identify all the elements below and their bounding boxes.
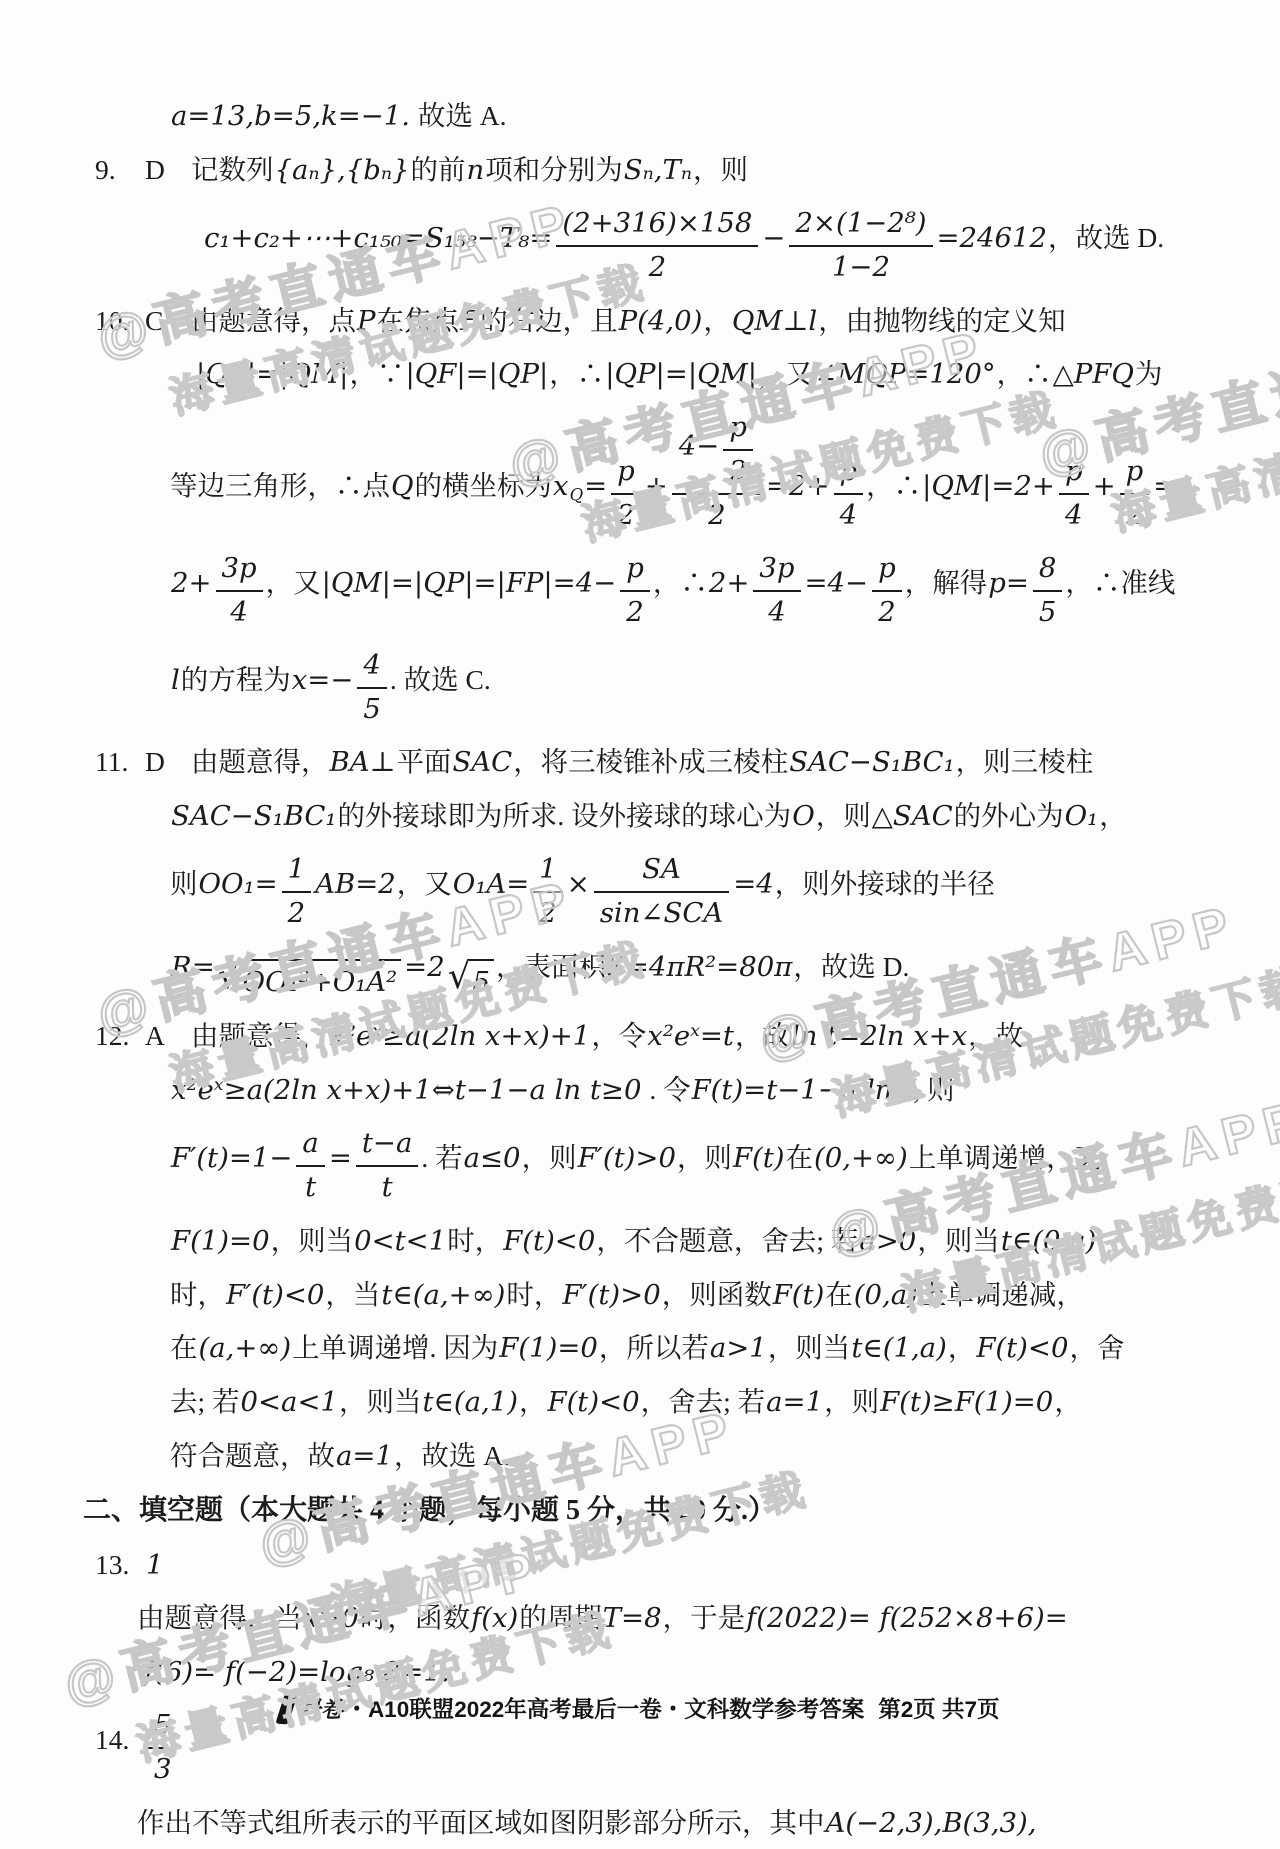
text-fragment: ，将三棱锥补成三棱柱 xyxy=(513,746,788,777)
footer-title: ・A10联盟2022年高考最后一卷・文科数学参考答案 xyxy=(345,1697,864,1722)
text-line: R=√OO₁²+O₁A²=2√5，表面积S=4πR²=80π，故选 D. xyxy=(170,947,1225,1003)
formula-fragment: F xyxy=(459,305,480,337)
fraction-numerator: a xyxy=(296,1124,324,1167)
brand-name: 号卷 xyxy=(298,1697,343,1722)
formula-fragment: AB=2 xyxy=(314,868,397,900)
fraction: 12 xyxy=(533,850,563,934)
formula-fragment: = xyxy=(328,1142,353,1174)
text-fragment: ， xyxy=(948,1332,976,1363)
formula-fragment: − xyxy=(761,222,786,254)
formula-fragment: x=− xyxy=(291,664,355,696)
formula-fragment: O₁A= xyxy=(452,868,530,900)
text-fragment: 符合题意，故 xyxy=(170,1440,335,1471)
formula-fragment: a=1 xyxy=(765,1386,824,1418)
fraction-numerator: p xyxy=(723,408,753,451)
text-fragment: ，于是 xyxy=(663,1602,746,1633)
formula-fragment: = xyxy=(1152,470,1177,502)
text-fragment: ，当 xyxy=(325,1279,380,1310)
fraction: p2 xyxy=(620,549,650,633)
text-fragment: ，舍去; 若 xyxy=(641,1386,766,1417)
formula-fragment: t∈(a,1) xyxy=(422,1386,520,1418)
answer-lines: a=13,b=5,k=−1. 故选 A.9.D记数列{aₙ},{bₙ}的前n项和… xyxy=(95,96,1225,1849)
text-fragment: 二、填空题（本大题共 4 小题，每小题 5 分，共 20 分.） xyxy=(83,1495,776,1526)
formula-fragment: F′(t)=1− xyxy=(170,1142,293,1174)
text-line: 符合题意，故a=1，故选 A. xyxy=(170,1436,1225,1477)
text-fragment: ，则三棱柱 xyxy=(956,746,1094,777)
fraction: 2×(1−2⁸)1−2 xyxy=(789,204,932,288)
formula-fragment: Sₙ,Tₙ xyxy=(623,154,693,186)
fraction-denominator: 2 xyxy=(1120,495,1150,536)
formula-fragment: x²eˣ≥a(2ln x+x)+1 xyxy=(329,1020,592,1052)
text-fragment: ，则 xyxy=(816,800,871,831)
fraction-denominator: 2 xyxy=(533,893,563,934)
text-fragment: 则 xyxy=(170,868,198,899)
formula-fragment: t∈(a,+∞) xyxy=(380,1279,506,1311)
text-fragment: ，∴准线 xyxy=(1065,567,1175,598)
fraction: 4−p22 xyxy=(672,408,762,536)
formula-fragment: a>1 xyxy=(709,1332,768,1364)
formula-fragment: 2+ xyxy=(708,567,751,599)
formula-fragment: f(6)= f(−2)=log₈ 8=1. xyxy=(143,1656,451,1688)
fraction-denominator: 4 xyxy=(1059,495,1089,536)
fraction-denominator: 5 xyxy=(1033,592,1063,633)
text-fragment: . 故选 C. xyxy=(390,664,491,695)
fraction-numerator: p xyxy=(872,549,902,592)
formula-fragment: a=1 xyxy=(335,1440,394,1472)
formula-fragment: =2+ xyxy=(765,470,831,502)
formula-fragment: |QP|=|QM| xyxy=(604,358,758,390)
text-fragment: ，故选 D. xyxy=(1048,222,1164,253)
answer-letter: C xyxy=(145,301,177,341)
fraction: 3p4 xyxy=(753,549,800,633)
text-fragment: 去; 若 xyxy=(170,1386,240,1417)
formula-fragment: P(4,0) xyxy=(618,305,704,337)
formula-fragment: ∠MQP=120° xyxy=(813,358,997,390)
formula-fragment: O xyxy=(791,800,816,832)
formula-fragment: (0,+∞) xyxy=(813,1142,909,1174)
formula-fragment: F(t) xyxy=(732,1142,786,1174)
text-fragment: ，故 xyxy=(968,1020,1023,1051)
text-fragment: 在焦点 xyxy=(377,305,460,336)
fraction-denominator: 1−2 xyxy=(789,247,932,288)
formula-fragment: {aₙ},{bₙ} xyxy=(274,154,411,186)
text-fragment: 时， xyxy=(170,1279,225,1310)
question-number: 13. xyxy=(95,1545,145,1585)
formula-fragment: F(1)=0 xyxy=(170,1225,271,1257)
text-line: 去; 若0<a<1，则当t∈(a,1)，F(t)<0，舍去; 若a=1，则F(t… xyxy=(170,1382,1225,1423)
text-fragment: 由题意得， xyxy=(191,1020,329,1051)
formula-fragment: × xyxy=(566,868,591,900)
text-line: c₁+c₂+⋯+c₁₅₀=S₁₅₈−T₈=(2+316)×1582−2×(1−2… xyxy=(203,204,1225,288)
fraction-numerator: 4−p2 xyxy=(672,408,762,495)
text-fragment: ，则当 xyxy=(271,1225,354,1256)
text-fragment: ，∴ xyxy=(653,567,708,598)
text-fragment: ， xyxy=(519,1386,547,1417)
text-fragment: 的外心为 xyxy=(954,800,1064,831)
text-fragment: 在 xyxy=(825,1279,853,1310)
fraction-numerator: 3p xyxy=(753,549,800,592)
formula-fragment: 1 xyxy=(145,1549,165,1581)
page-indicator: 第2页 共7页 xyxy=(878,1697,999,1722)
text-fragment: 的前 xyxy=(411,154,466,185)
radical-sign: √ xyxy=(218,959,241,995)
formula-fragment: = xyxy=(583,470,608,502)
fraction-denominator: 5 xyxy=(357,689,387,730)
question-number: 11. xyxy=(95,742,145,782)
fraction: 85 xyxy=(1033,549,1063,633)
fraction-denominator: 2 xyxy=(611,495,641,536)
formula-fragment: F(t)≥F(1)=0 xyxy=(879,1386,1054,1418)
text-fragment: ，故选 A. xyxy=(394,1440,510,1471)
fraction: at xyxy=(296,1124,324,1208)
formula-fragment: =2 xyxy=(403,951,446,983)
formula-fragment: x xyxy=(552,470,570,502)
fraction-numerator: p xyxy=(834,452,864,495)
text-fragment: ，令 xyxy=(591,1020,646,1051)
text-fragment: 作出不等式组所表示的平面区域如图阴影部分所示，其中 xyxy=(137,1807,825,1838)
text-fragment: 记数列 xyxy=(191,154,274,185)
text-fragment: 上单调递增，又 xyxy=(909,1142,1102,1173)
formula-fragment: F(t)<0 xyxy=(502,1225,596,1257)
formula-fragment: t∈(0,a) xyxy=(1000,1225,1098,1257)
text-fragment: ， xyxy=(1054,1386,1082,1417)
text-fragment: 由题意得，当 xyxy=(137,1602,302,1633)
text-fragment: ，又 xyxy=(397,868,452,899)
formula-fragment: 2+ xyxy=(170,567,213,599)
text-line: f(6)= f(−2)=log₈ 8=1. xyxy=(143,1652,1225,1693)
text-fragment: 上单调递减， xyxy=(919,1279,1084,1310)
fraction: p2 xyxy=(611,452,641,536)
page-footer: 号卷・A10联盟2022年高考最后一卷・文科数学参考答案第2页 共7页 xyxy=(0,1692,1280,1724)
fraction: t−at xyxy=(356,1124,419,1208)
text-line: 13.1 xyxy=(95,1545,1225,1586)
text-line: 二、填空题（本大题共 4 小题，每小题 5 分，共 20 分.） xyxy=(83,1490,1225,1532)
text-fragment: 平面 xyxy=(396,746,451,777)
fraction-numerator: p xyxy=(1059,452,1089,495)
fraction: (2+316)×1582 xyxy=(556,204,758,288)
formula-fragment: a=13,b=5,k=−1. xyxy=(170,100,411,132)
text-fragment: 在 xyxy=(170,1332,198,1363)
radicand: OO₁²+O₁A² xyxy=(239,959,402,1003)
fraction-denominator: 2 xyxy=(282,893,312,934)
fraction-numerator: 3p xyxy=(216,549,263,592)
text-fragment: ，由抛物线的定义知 xyxy=(818,305,1066,336)
answer-letter: D xyxy=(145,742,177,782)
text-line: 等边三角形，∴点Q的横坐标为xQ=p2+4−p22=2+p4，∴|QM|=2+p… xyxy=(170,408,1225,536)
text-fragment: 的外接球即为所求. 设外接球的球心为 xyxy=(337,800,791,831)
fraction-numerator: 4 xyxy=(357,646,387,689)
text-fragment: ，则 xyxy=(693,154,748,185)
formula-fragment: (a,+∞) xyxy=(198,1332,293,1364)
text-fragment: . 令 xyxy=(642,1074,690,1105)
formula-fragment: =24612 xyxy=(936,222,1049,254)
text-fragment: 项和分别为 xyxy=(485,154,623,185)
fraction-numerator: p xyxy=(620,549,650,592)
fraction-numerator: SA xyxy=(594,850,729,893)
formula-fragment: + xyxy=(644,470,669,502)
fraction: p2 xyxy=(723,408,753,492)
fraction-numerator: t−a xyxy=(356,1124,419,1167)
fraction-denominator: 2 xyxy=(556,247,758,288)
fraction-denominator: 2 xyxy=(872,592,902,633)
formula-fragment: F(t)<0 xyxy=(975,1332,1069,1364)
formula-fragment: SAC−S₁BC₁ xyxy=(788,746,955,778)
text-fragment: 的周期 xyxy=(519,1602,602,1633)
formula-fragment: SAC xyxy=(451,746,513,778)
formula-fragment: c₁+c₂+⋯+c₁₅₀=S₁₅₈−T₈= xyxy=(203,222,553,254)
text-fragment: 等边三角形，∴点 xyxy=(170,470,390,501)
fraction-denominator: 4 xyxy=(834,495,864,536)
fraction: p4 xyxy=(1059,452,1089,536)
text-fragment: 的横坐标为 xyxy=(415,470,553,501)
formula-fragment: O₁ xyxy=(1064,800,1100,832)
formula-fragment: T=8 xyxy=(602,1602,663,1634)
text-line: 11.D由题意得，BA⊥平面SAC，将三棱锥补成三棱柱SAC−S₁BC₁，则三棱… xyxy=(95,742,1225,783)
formula-fragment: F(t)=t−1−a ln t xyxy=(691,1074,914,1106)
formula-fragment: 0<t<1 xyxy=(353,1225,447,1257)
text-line: 12.A由题意得，x²eˣ≥a(2ln x+x)+1，令x²eˣ=t，故ln t… xyxy=(95,1016,1225,1057)
formula-fragment: R= xyxy=(170,951,216,983)
formula-fragment: OO₁= xyxy=(198,868,279,900)
formula-fragment: F(1)=0 xyxy=(498,1332,599,1364)
fraction-denominator: 3 xyxy=(148,1749,178,1790)
brand-logo-icon xyxy=(276,1694,298,1725)
text-fragment: ，又 xyxy=(758,358,813,389)
text-line: 2+3p4，又|QM|=|QP|=|FP|=4−p2，∴2+3p4=4−p2，解… xyxy=(170,549,1225,633)
answer-letter: D xyxy=(145,150,177,190)
text-line: l的方程为x=−45. 故选 C. xyxy=(170,646,1225,730)
fraction: 45 xyxy=(357,646,387,730)
question-number: 10. xyxy=(95,301,145,341)
text-fragment: ，则当 xyxy=(768,1332,851,1363)
formula-fragment: |QF|=|QM| xyxy=(195,358,349,390)
text-fragment: ， xyxy=(703,305,731,336)
formula-fragment: |QF|=|QP| xyxy=(404,358,549,390)
text-fragment: ，表面积 xyxy=(496,951,606,982)
formula-fragment: (0,a) xyxy=(853,1279,919,1311)
formula-fragment: |QM|=2+ xyxy=(921,470,1056,502)
formula-fragment: Q xyxy=(390,470,415,502)
formula-fragment: ln t=2ln x+x xyxy=(790,1020,968,1052)
fraction-numerator: 1 xyxy=(282,850,312,893)
text-line: 在(a,+∞)上单调递增. 因为F(1)=0，所以若a>1，则当t∈(1,a)，… xyxy=(170,1328,1225,1369)
text-line: 由题意得，当x>0时，函数f(x)的周期T=8，于是f(2022)= f(252… xyxy=(137,1598,1225,1639)
text-fragment: , 则 xyxy=(913,1074,954,1105)
formula-fragment: a≤0 xyxy=(463,1142,522,1174)
formula-fragment: △SAC xyxy=(871,800,954,832)
formula-fragment: f(x) xyxy=(470,1602,519,1634)
text-line: a=13,b=5,k=−1. 故选 A. xyxy=(170,96,1225,137)
fraction-denominator: 2 xyxy=(672,495,762,536)
fraction-numerator: 2×(1−2⁸) xyxy=(789,204,932,247)
formula-fragment: l xyxy=(170,664,181,696)
text-fragment: ，解得 xyxy=(905,567,988,598)
text-fragment: . 若 xyxy=(421,1142,462,1173)
formula-fragment: x²eˣ=t xyxy=(646,1020,735,1052)
formula-fragment: |QM|=|QP|=|FP|=4− xyxy=(321,567,618,599)
fraction-denominator: 2 xyxy=(723,451,753,492)
formula-fragment: p= xyxy=(987,567,1030,599)
formula-fragment: F′(t)>0 xyxy=(561,1279,661,1311)
text-fragment: 时， xyxy=(506,1279,561,1310)
text-line: SAC−S₁BC₁的外接球即为所求. 设外接球的球心为O，则△SAC的外心为O₁… xyxy=(170,796,1225,837)
formula-fragment: =4 xyxy=(732,868,775,900)
text-fragment: 由题意得，点 xyxy=(191,305,356,336)
formula-fragment: SAC−S₁BC₁ xyxy=(170,800,337,832)
fraction-denominator: 4 xyxy=(216,592,263,633)
text-fragment: ，则当 xyxy=(917,1225,1000,1256)
fraction-denominator: sin∠SCA xyxy=(594,893,729,934)
formula-fragment: F(t)<0 xyxy=(547,1386,641,1418)
text-fragment: 时，函数 xyxy=(360,1602,470,1633)
formula-fragment: F′(t)<0 xyxy=(225,1279,325,1311)
fraction-numerator: (2+316)×158 xyxy=(556,204,758,247)
formula-fragment: QM⊥l xyxy=(731,305,818,337)
text-fragment: ，不合题意，舍去; 若 xyxy=(596,1225,858,1256)
text-line: 10.C由题意得，点P在焦点F的右边，且P(4,0)，QM⊥l，由抛物线的定义知 xyxy=(95,301,1225,342)
fraction-numerator: p xyxy=(1120,452,1150,495)
formula-fragment: a>0 xyxy=(858,1225,917,1257)
question-number: 12. xyxy=(95,1016,145,1056)
text-fragment: ，则 xyxy=(677,1142,732,1173)
formula-fragment: BA⊥ xyxy=(329,746,397,778)
text-line: |QF|=|QM|，∵|QF|=|QP|，∴|QP|=|QM|，又∠MQP=12… xyxy=(195,354,1225,395)
text-line: 则OO₁=12AB=2，又O₁A=12×SAsin∠SCA=4，则外接球的半径 xyxy=(170,850,1225,934)
formula-fragment: n xyxy=(466,154,486,186)
text-fragment: ，则外接球的半径 xyxy=(775,868,995,899)
formula-fragment: F′(t)>0 xyxy=(577,1142,677,1174)
fraction: p2 xyxy=(872,549,902,633)
square-root: √5 xyxy=(448,959,494,1003)
text-fragment: 时， xyxy=(447,1225,502,1256)
fraction-numerator: p xyxy=(611,452,641,495)
text-fragment: ，∴ xyxy=(866,470,921,501)
formula-fragment: △PFQ xyxy=(1052,358,1135,390)
text-fragment: ，∴ xyxy=(997,358,1052,389)
question-number: 14. xyxy=(95,1720,145,1760)
formula-fragment: t∈(1,a) xyxy=(850,1332,948,1364)
text-line: F(1)=0，则当0<t<1时，F(t)<0，不合题意，舍去; 若a>0，则当t… xyxy=(170,1221,1225,1262)
fraction-denominator: t xyxy=(296,1167,324,1208)
formula-fragment: P xyxy=(356,305,377,337)
text-fragment: ，则函数 xyxy=(662,1279,772,1310)
formula-fragment: x>0 xyxy=(302,1602,360,1634)
formula-fragment: f(2022)= f(252×8+6)= xyxy=(745,1602,1069,1634)
fraction-denominator: 2 xyxy=(620,592,650,633)
text-fragment: ，则当 xyxy=(339,1386,422,1417)
formula-fragment: =4− xyxy=(804,567,870,599)
text-fragment: ，故选 D. xyxy=(793,951,909,982)
exam-answer-page: a=13,b=5,k=−1. 故选 A.9.D记数列{aₙ},{bₙ}的前n项和… xyxy=(0,0,1280,1849)
text-line: 时，F′(t)<0，当t∈(a,+∞)时，F′(t)>0，则函数F(t)在(0,… xyxy=(170,1275,1225,1316)
text-line: x²eˣ≥a(2ln x+x)+1⇔t−1−a ln t≥0 . 令F(t)=t… xyxy=(170,1070,1225,1111)
fraction-denominator: 4 xyxy=(753,592,800,633)
square-root: √OO₁²+O₁A² xyxy=(218,959,401,1003)
text-fragment: ，则 xyxy=(522,1142,577,1173)
formula-fragment: 0<a<1 xyxy=(240,1386,339,1418)
radical-sign: √ xyxy=(448,959,471,995)
formula-fragment: F(t) xyxy=(772,1279,826,1311)
formula-fragment: A(−2,3),B(3,3), xyxy=(825,1807,1038,1839)
fraction: p4 xyxy=(834,452,864,536)
text-fragment: 故选 A. xyxy=(411,100,507,131)
text-fragment: ， xyxy=(1099,800,1127,831)
formula-fragment: + xyxy=(1092,470,1117,502)
formula-fragment: x²eˣ≥a(2ln x+x)+1⇔t−1−a ln t≥0 xyxy=(170,1074,642,1106)
text-fragment: ，又 xyxy=(266,567,321,598)
question-number: 9. xyxy=(95,150,145,190)
text-line: 作出不等式组所表示的平面区域如图阴影部分所示，其中A(−2,3),B(3,3), xyxy=(137,1803,1225,1844)
text-fragment: 的右边，且 xyxy=(480,305,618,336)
fraction-denominator: t xyxy=(356,1167,419,1208)
fraction: p2 xyxy=(1120,452,1150,536)
text-fragment: ，所以若 xyxy=(599,1332,709,1363)
radicand: 5 xyxy=(469,959,495,1003)
text-fragment: ，舍 xyxy=(1069,1332,1124,1363)
text-fragment: ，∵ xyxy=(349,358,404,389)
fraction-numerator: 1 xyxy=(533,850,563,893)
fraction: SAsin∠SCA xyxy=(594,850,729,934)
answer-letter: A xyxy=(145,1016,177,1056)
text-line: F′(t)=1−at=t−at. 若a≤0，则F′(t)>0，则F(t)在(0,… xyxy=(170,1124,1225,1208)
fraction-numerator: 8 xyxy=(1033,549,1063,592)
formula-fragment: S=4πR²=80π xyxy=(606,951,793,983)
fraction: 12 xyxy=(282,850,312,934)
text-fragment: 上单调递增. 因为 xyxy=(292,1332,498,1363)
text-fragment: 的方程为 xyxy=(181,664,291,695)
text-fragment: 为 xyxy=(1135,358,1163,389)
text-fragment: 在 xyxy=(786,1142,814,1173)
text-fragment: ，∴ xyxy=(549,358,604,389)
fraction: 3p4 xyxy=(216,549,263,633)
subscript: Q xyxy=(570,486,584,505)
text-line: 9.D记数列{aₙ},{bₙ}的前n项和分别为Sₙ,Tₙ，则 xyxy=(95,150,1225,191)
text-fragment: 由题意得， xyxy=(191,746,329,777)
text-fragment: ，则 xyxy=(824,1386,879,1417)
formula-fragment: 4− xyxy=(678,430,721,462)
text-fragment: ，故 xyxy=(735,1020,790,1051)
